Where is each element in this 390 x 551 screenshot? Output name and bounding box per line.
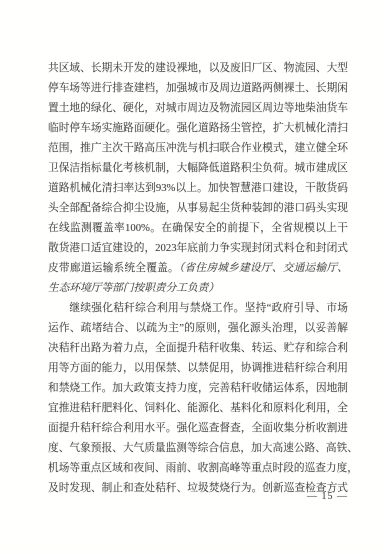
text-segment: 道路机械化清扫率达到93%以上。加快智慧港口建设，干散货码 — [48, 182, 348, 194]
text-line: 在线监测覆盖率100%。在确保安全的前提下，全省规模以上干 — [48, 218, 348, 238]
text-segment: 度、气象预报、大气质量监测等综合信息，加大高速公路、高铁、 — [48, 442, 358, 454]
document-page: 共区域、长期未开发的建设裸地，以及废旧厂区、物流园、大型停车场等进行排查建档，加… — [0, 0, 390, 551]
text-segment: 置土地的绿化、硬化，对城市周边及物流园区周边等地柴油货车 — [48, 102, 348, 114]
text-line: 运作、疏堵结合、以疏为主”的原则，强化源头治理，以妥善解 — [48, 318, 348, 338]
text-segment: 运作、疏堵结合、以疏为主”的原则，强化源头治理，以妥善解 — [48, 322, 348, 334]
text-line: 生态环境厅等部门按职责分工负责） — [48, 278, 348, 298]
text-segment: 散货港口适宜建设的，2023年底前力争实现封闭式料仓和封闭式 — [48, 242, 348, 254]
text-line: 共区域、长期未开发的建设裸地，以及废旧厂区、物流园、大型 — [48, 58, 348, 78]
text-segment: 共区域、长期未开发的建设裸地，以及废旧厂区、物流园、大型 — [48, 62, 348, 74]
text-line: 皮带廊道运输系统全覆盖。（省住房城乡建设厅、交通运输厅、 — [48, 258, 348, 278]
text-segment: 皮带廊道运输系统全覆盖。 — [48, 262, 179, 274]
text-line: 机场等重点区域和夜间、雨前、收割高峰等重点时段的巡查力度， — [48, 458, 348, 478]
text-segment: 和禁烧工作。加大政策支持力度，完善秸秆收储运体系，因地制 — [48, 382, 348, 394]
text-line: 面提升秸秆综合利用水平。强化巡查督查，全面收集分析收割进 — [48, 418, 348, 438]
text-segment: 卫保洁指标量化考核机制，大幅降低道路积尘负荷。城市建成区 — [48, 162, 348, 174]
text-line: 卫保洁指标量化考核机制，大幅降低道路积尘负荷。城市建成区 — [48, 158, 348, 178]
text-line: 范围，推广主次干路高压冲洗与机扫联合作业模式，建立健全环 — [48, 138, 348, 158]
text-segment: 临时停车场实施路面硬化。强化道路扬尘管控，扩大机械化清扫 — [48, 122, 348, 134]
body-text: 共区域、长期未开发的建设裸地，以及废旧厂区、物流园、大型停车场等进行排查建档，加… — [48, 58, 348, 498]
text-segment: （省住房城乡建设厅、交通运输厅、 — [179, 262, 348, 274]
text-segment: 宜推进秸秆肥料化、饲料化、能源化、基料化和原料化利用，全 — [48, 402, 348, 414]
text-line: 散货港口适宜建设的，2023年底前力争实现封闭式料仓和封闭式 — [48, 238, 348, 258]
text-line: 头全部配备综合抑尘设施，从事易起尘货种装卸的港口码头实现 — [48, 198, 348, 218]
text-segment: 在线监测覆盖率100%。在确保安全的前提下，全省规模以上干 — [48, 222, 348, 234]
text-segment: 头全部配备综合抑尘设施，从事易起尘货种装卸的港口码头实现 — [48, 202, 348, 214]
text-segment: 生态环境厅等部门按职责分工负责） — [48, 282, 219, 294]
text-line: 继续强化秸秆综合利用与禁烧工作。坚持“政府引导、市场 — [48, 298, 348, 318]
text-segment: 用等方面的能力，以用保禁、以禁促用，协调推进秸秆综合利用 — [48, 362, 348, 374]
text-line: 度、气象预报、大气质量监测等综合信息，加大高速公路、高铁、 — [48, 438, 348, 458]
text-segment: 继续强化秸秆综合利用与禁烧工作。坚持“政府引导、市场 — [69, 302, 348, 314]
text-line: 停车场等进行排查建档，加强城市及周边道路两侧裸土、长期闲 — [48, 78, 348, 98]
text-line: 置土地的绿化、硬化，对城市周边及物流园区周边等地柴油货车 — [48, 98, 348, 118]
text-segment: 机场等重点区域和夜间、雨前、收割高峰等重点时段的巡查力度， — [48, 462, 358, 474]
page-number: — 15 — — [48, 490, 348, 504]
text-line: 和禁烧工作。加大政策支持力度，完善秸秆收储运体系，因地制 — [48, 378, 348, 398]
text-line: 决秸秆出路为着力点，全面提升秸秆收集、转运、贮存和综合利 — [48, 338, 348, 358]
text-segment: 停车场等进行排查建档，加强城市及周边道路两侧裸土、长期闲 — [48, 82, 348, 94]
text-line: 用等方面的能力，以用保禁、以禁促用，协调推进秸秆综合利用 — [48, 358, 348, 378]
text-segment: 面提升秸秆综合利用水平。强化巡查督查，全面收集分析收割进 — [48, 422, 348, 434]
text-segment: 决秸秆出路为着力点，全面提升秸秆收集、转运、贮存和综合利 — [48, 342, 348, 354]
text-line: 宜推进秸秆肥料化、饲料化、能源化、基料化和原料化利用，全 — [48, 398, 348, 418]
text-line: 临时停车场实施路面硬化。强化道路扬尘管控，扩大机械化清扫 — [48, 118, 348, 138]
text-segment: 范围，推广主次干路高压冲洗与机扫联合作业模式，建立健全环 — [48, 142, 348, 154]
text-line: 道路机械化清扫率达到93%以上。加快智慧港口建设，干散货码 — [48, 178, 348, 198]
